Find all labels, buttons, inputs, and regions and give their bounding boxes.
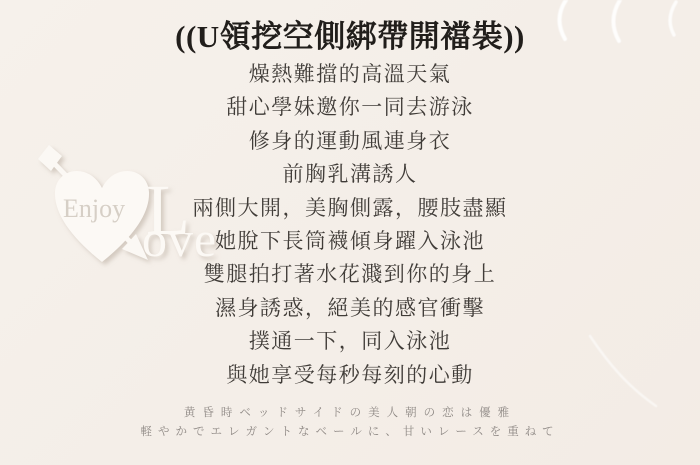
description-line: 雙腿拍打著水花濺到你的身上 <box>0 258 700 291</box>
product-description: 燥熱難擋的高溫天氣 甜心學妹邀你一同去游泳 修身的運動風連身衣 前胸乳溝誘人 兩… <box>0 58 700 392</box>
description-line: 甜心學妹邀你一同去游泳 <box>0 91 700 124</box>
description-line: 濕身誘惑，絕美的感官衝擊 <box>0 292 700 325</box>
footer-tagline-line: 黄昏時ベッドサイドの美人朝の恋は優雅 <box>0 404 700 423</box>
description-line: 修身的運動風連身衣 <box>0 125 700 158</box>
description-line: 她脫下長筒襪傾身躍入泳池 <box>0 225 700 258</box>
footer-tagline-line: 軽やかでエレガントなベールに、甘いレースを重ねて <box>0 423 700 442</box>
description-line: 兩側大開，美胸側露，腰肢盡顯 <box>0 192 700 225</box>
description-line: 與她享受每秒每刻的心動 <box>0 359 700 392</box>
description-line: 前胸乳溝誘人 <box>0 158 700 191</box>
product-title: ((U領挖空側綁帶開襠裝)) <box>0 11 700 56</box>
product-description-panel: Enjoy L ove ((U領挖空側綁帶開襠裝)) 燥熱難擋的高溫天氣 甜心學… <box>0 0 700 465</box>
footer-tagline: 黄昏時ベッドサイドの美人朝の恋は優雅 軽やかでエレガントなベールに、甘いレースを… <box>0 404 700 442</box>
description-line: 燥熱難擋的高溫天氣 <box>0 58 700 91</box>
description-line: 撲通一下，同入泳池 <box>0 325 700 358</box>
